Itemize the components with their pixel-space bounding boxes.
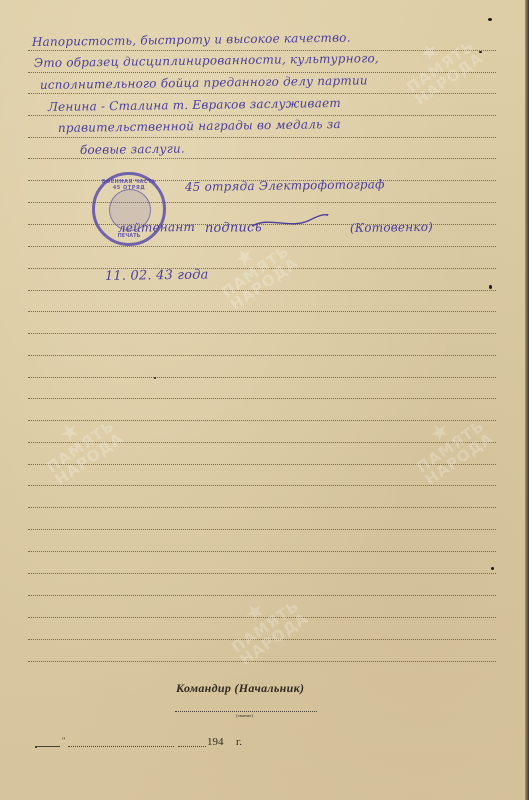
document-page: ★ ПАМЯТЬ НАРОДА ★ ПАМЯТЬ НАРОДА ★ ПАМЯТЬ… (0, 0, 529, 800)
watermark: ★ ПАМЯТЬ НАРОДА (403, 402, 496, 488)
rule-line (28, 661, 496, 662)
rule-line (28, 507, 496, 508)
watermark: ★ ПАМЯТЬ НАРОДА (393, 22, 486, 108)
handwritten-line: исполнительного бойца преданного делу па… (40, 73, 368, 92)
handwritten-line: боевые заслуги. (80, 142, 185, 157)
year-prefix: 194 (207, 736, 224, 748)
rule-line (28, 158, 496, 159)
speck (488, 18, 492, 21)
rank-line (175, 711, 317, 712)
date-quote: " (62, 736, 65, 745)
signer-name: (Котовенко) (350, 220, 433, 235)
speck (154, 377, 156, 379)
rule-line (28, 137, 496, 138)
official-stamp: ВОЕННАЯ ЧАСТЬ 45 ОТРЯД ПЕЧАТЬ (92, 172, 166, 246)
speck (479, 51, 482, 53)
rule-line (28, 529, 496, 530)
year-suffix: г. (236, 736, 242, 748)
rule-line (28, 573, 496, 574)
rule-line (28, 311, 496, 312)
unit-line: 45 отряда Электрофотограф (185, 177, 385, 194)
rule-line (28, 485, 496, 486)
rule-line (28, 398, 496, 399)
watermark: ★ ПАМЯТЬ НАРОДА (33, 402, 126, 488)
handwritten-line: Ленина - Сталина т. Евраков заслуживает (48, 96, 341, 114)
sign-date: 11. 02. 43 года (105, 268, 209, 284)
rule-line (28, 333, 496, 334)
rank-text: лейтенант (118, 220, 195, 235)
rule-line (28, 377, 496, 378)
speck (491, 567, 494, 570)
signature-flourish-icon (250, 210, 330, 232)
handwritten-line: правительственной награды во медаль за (58, 117, 341, 135)
rule-line (28, 551, 496, 552)
day-line (37, 746, 60, 747)
speck (489, 285, 492, 289)
rank-caption: (звание) (236, 713, 253, 718)
page-edge (525, 0, 529, 800)
handwritten-line: Это образец дисциплинированности, культу… (34, 51, 379, 70)
rule-line (28, 355, 496, 356)
watermark: ★ ПАМЯТЬ НАРОДА (208, 227, 301, 313)
month-line (68, 746, 174, 747)
rule-line (28, 115, 496, 116)
handwritten-line: Напористость, быстроту и высокое качеств… (32, 31, 351, 49)
year-line (178, 746, 206, 747)
commander-label: Командир (Начальник) (176, 681, 304, 696)
